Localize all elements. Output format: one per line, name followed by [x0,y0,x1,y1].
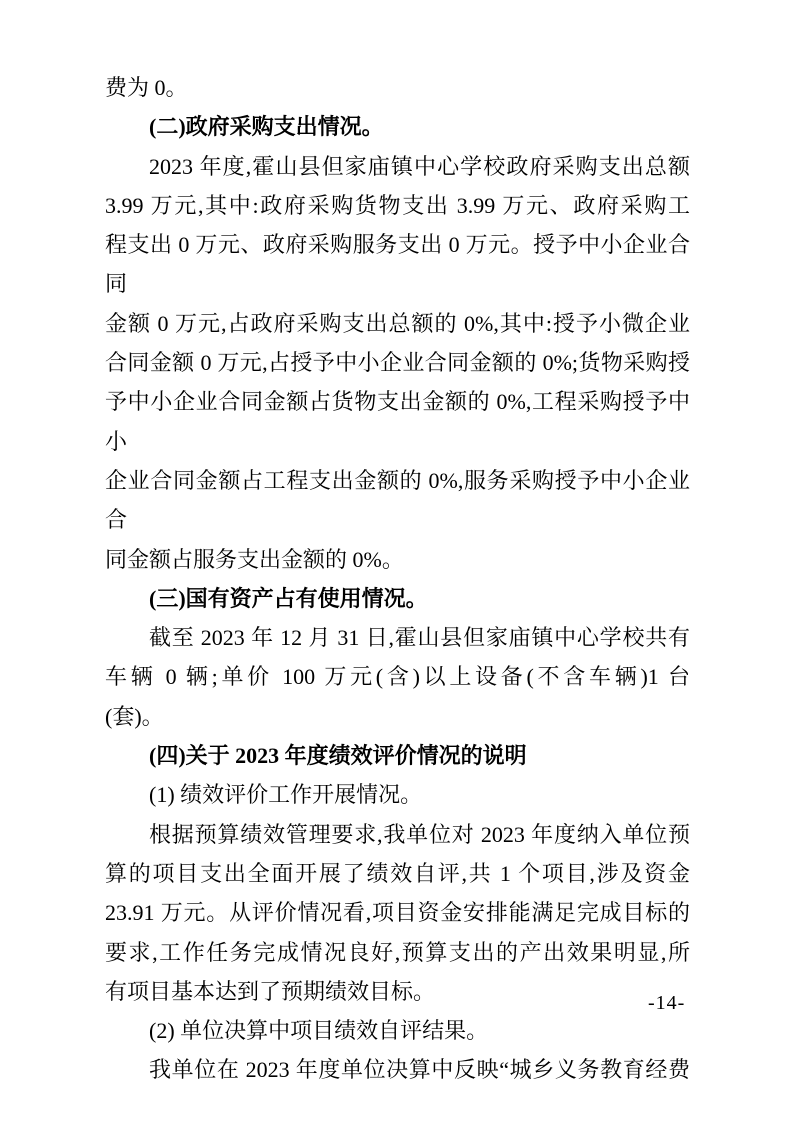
document-page: 费为 0。 (二)政府采购支出情况。 2023 年度,霍山县但家庙镇中心学校政府… [0,0,793,1122]
text-line: 费为 0。 [105,68,690,107]
subsection-heading-1: (1) 绩效评价工作开展情况。 [105,775,690,814]
text-line: 予中小企业合同金额占货物支出金额的 0%,工程采购授予中小 [105,382,690,461]
subsection-heading-2: (2) 单位决算中项目绩效自评结果。 [105,1011,690,1050]
text-line: 截至 2023 年 12 月 31 日,霍山县但家庙镇中心学校共有 [105,618,690,657]
text-line: 23.91 万元。从评价情况看,项目资金安排能满足完成目标的 [105,893,690,932]
text-line: 程支出 0 万元、政府采购服务支出 0 万元。授予中小企业合同 [105,225,690,304]
text-line: 同金额占服务支出金额的 0%。 [105,540,690,579]
section-heading-4: (四)关于 2023 年度绩效评价情况的说明 [105,736,690,775]
text-line: 合同金额 0 万元,占授予中小企业合同金额的 0%;货物采购授 [105,343,690,382]
text-line: 车辆 0 辆;单价 100 万元(含)以上设备(不含车辆)1 台 [105,657,690,696]
text-line: 算的项目支出全面开展了绩效自评,共 1 个项目,涉及资金 [105,854,690,893]
document-body: 费为 0。 (二)政府采购支出情况。 2023 年度,霍山县但家庙镇中心学校政府… [105,68,690,1090]
text-line: (套)。 [105,697,690,736]
text-line: 2023 年度,霍山县但家庙镇中心学校政府采购支出总额 [105,147,690,186]
section-heading-3: (三)国有资产占有使用情况。 [105,579,690,618]
text-line: 企业合同金额占工程支出金额的 0%,服务采购授予中小企业合 [105,461,690,540]
section-heading-2: (二)政府采购支出情况。 [105,107,690,146]
page-number: -14- [648,990,685,1016]
text-line: 3.99 万元,其中:政府采购货物支出 3.99 万元、政府采购工 [105,186,690,225]
text-line: 有项目基本达到了预期绩效目标。 [105,972,690,1011]
text-line: 金额 0 万元,占政府采购支出总额的 0%,其中:授予小微企业 [105,304,690,343]
text-line: 根据预算绩效管理要求,我单位对 2023 年度纳入单位预 [105,815,690,854]
text-line: 我单位在 2023 年度单位决算中反映“城乡义务教育经费 [105,1050,690,1089]
text-line: 要求,工作任务完成情况良好,预算支出的产出效果明显,所 [105,933,690,972]
